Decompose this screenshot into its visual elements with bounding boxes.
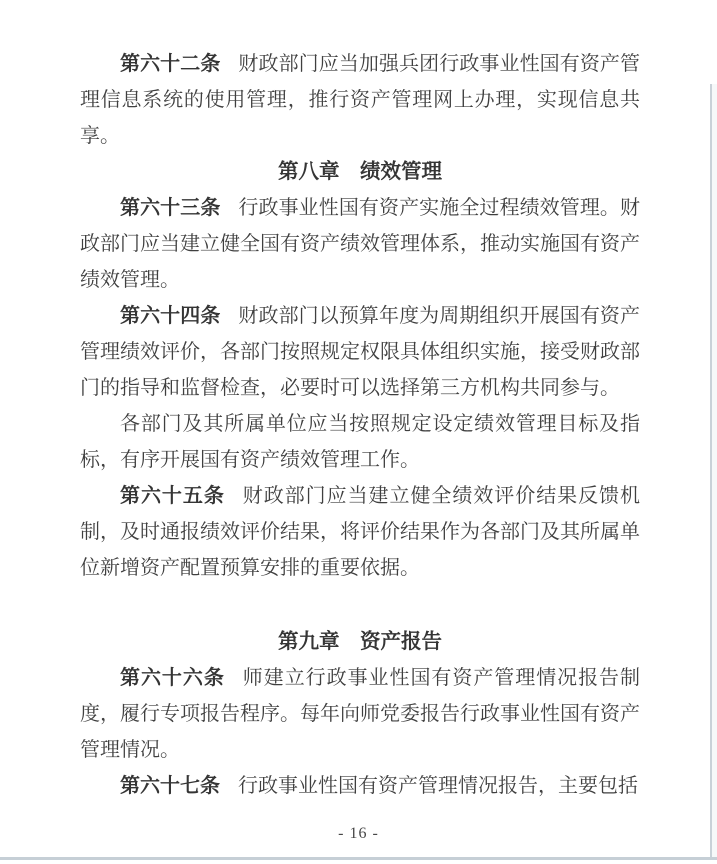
document-page: 第六十二条财政部门应当加强兵团行政事业性国有资产管理信息系统的使用管理，推行资产… xyxy=(0,0,717,864)
article-63: 第六十三条行政事业性国有资产实施全过程绩效管理。财政部门应当建立健全国有资产绩效… xyxy=(80,190,640,298)
chapter-8-title: 绩效管理 xyxy=(360,160,442,183)
article-67-number: 第六十七条 xyxy=(120,775,220,797)
chapter-8-number: 第八章 xyxy=(278,160,340,183)
article-64-number: 第六十四条 xyxy=(120,305,220,327)
article-64-paragraph-2: 各部门及其所属单位应当按照规定设定绩效管理目标及指标，有序开展国有资产绩效管理工… xyxy=(80,406,640,478)
chapter-8-heading: 第八章绩效管理 xyxy=(80,154,640,190)
article-65: 第六十五条财政部门应当建立健全绩效评价结果反馈机制，及时通报绩效评价结果，将评价… xyxy=(80,478,640,586)
scan-edge-bottom-line xyxy=(0,857,717,860)
article-62: 第六十二条财政部门应当加强兵团行政事业性国有资产管理信息系统的使用管理，推行资产… xyxy=(80,46,640,154)
chapter-9-title: 资产报告 xyxy=(360,630,442,653)
scan-edge-right-line xyxy=(710,84,712,858)
article-66: 第六十六条师建立行政事业性国有资产管理情况报告制度，履行专项报告程序。每年向师党… xyxy=(80,660,640,768)
chapter-9-number: 第九章 xyxy=(278,630,340,653)
page-number: - 16 - xyxy=(0,824,717,844)
article-63-number: 第六十三条 xyxy=(120,197,220,219)
article-65-number: 第六十五条 xyxy=(120,485,225,507)
article-64: 第六十四条财政部门以预算年度为周期组织开展国有资产管理绩效评价，各部门按照规定权… xyxy=(80,298,640,406)
article-64-paragraph-2-text: 各部门及其所属单位应当按照规定设定绩效管理目标及指标，有序开展国有资产绩效管理工… xyxy=(80,413,640,471)
article-66-number: 第六十六条 xyxy=(120,667,225,689)
document-content: 第六十二条财政部门应当加强兵团行政事业性国有资产管理信息系统的使用管理，推行资产… xyxy=(80,46,640,804)
scan-right-margin xyxy=(712,84,717,858)
article-67-text: 行政事业性国有资产管理情况报告，主要包括 xyxy=(238,775,638,797)
chapter-9-heading: 第九章资产报告 xyxy=(80,624,640,660)
article-67: 第六十七条行政事业性国有资产管理情况报告，主要包括 xyxy=(80,768,640,804)
article-62-number: 第六十二条 xyxy=(120,53,220,75)
